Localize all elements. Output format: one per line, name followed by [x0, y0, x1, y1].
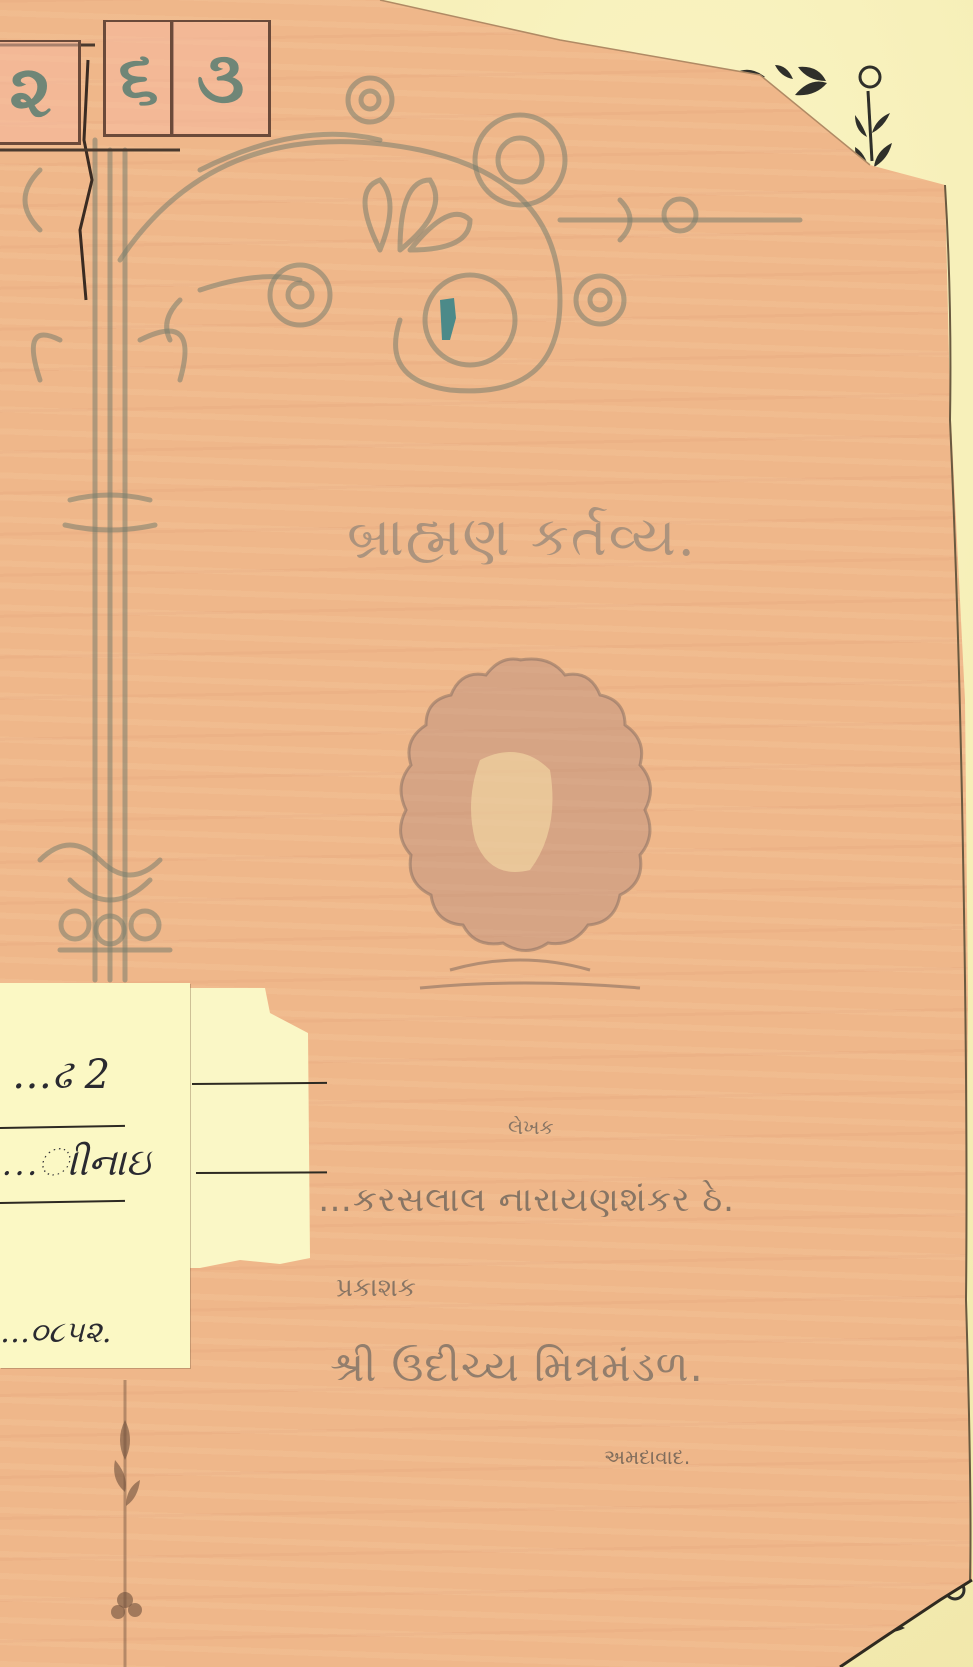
handwritten-subject: …ાીનાઇ	[0, 1140, 150, 1185]
number-box-2: ૬	[103, 20, 174, 137]
publication-place: અમદાવાદ.	[604, 1445, 690, 1469]
handwritten-call-number: …ઢ 2	[12, 1052, 110, 1098]
portrait-medallion-icon	[360, 650, 680, 1030]
author-label: લેખક	[508, 1115, 554, 1139]
library-sticker-flap	[180, 988, 310, 1268]
number-box-1: ૨	[0, 40, 81, 145]
publisher-name: શ્રી ઉદીચ્ય મિત્રમંડળ.	[330, 1342, 704, 1392]
publisher-label: પ્રકાશક	[336, 1273, 416, 1304]
handwritten-accession-number: …૦૮૫૨.	[0, 1315, 111, 1350]
number-box-3: ૩	[170, 20, 271, 137]
author-name: …કરસલાલ નારાયણશંકર ઠે.	[318, 1180, 735, 1220]
book-title: બ્રાહ્મણ કર્તવ્ય.	[262, 505, 782, 569]
